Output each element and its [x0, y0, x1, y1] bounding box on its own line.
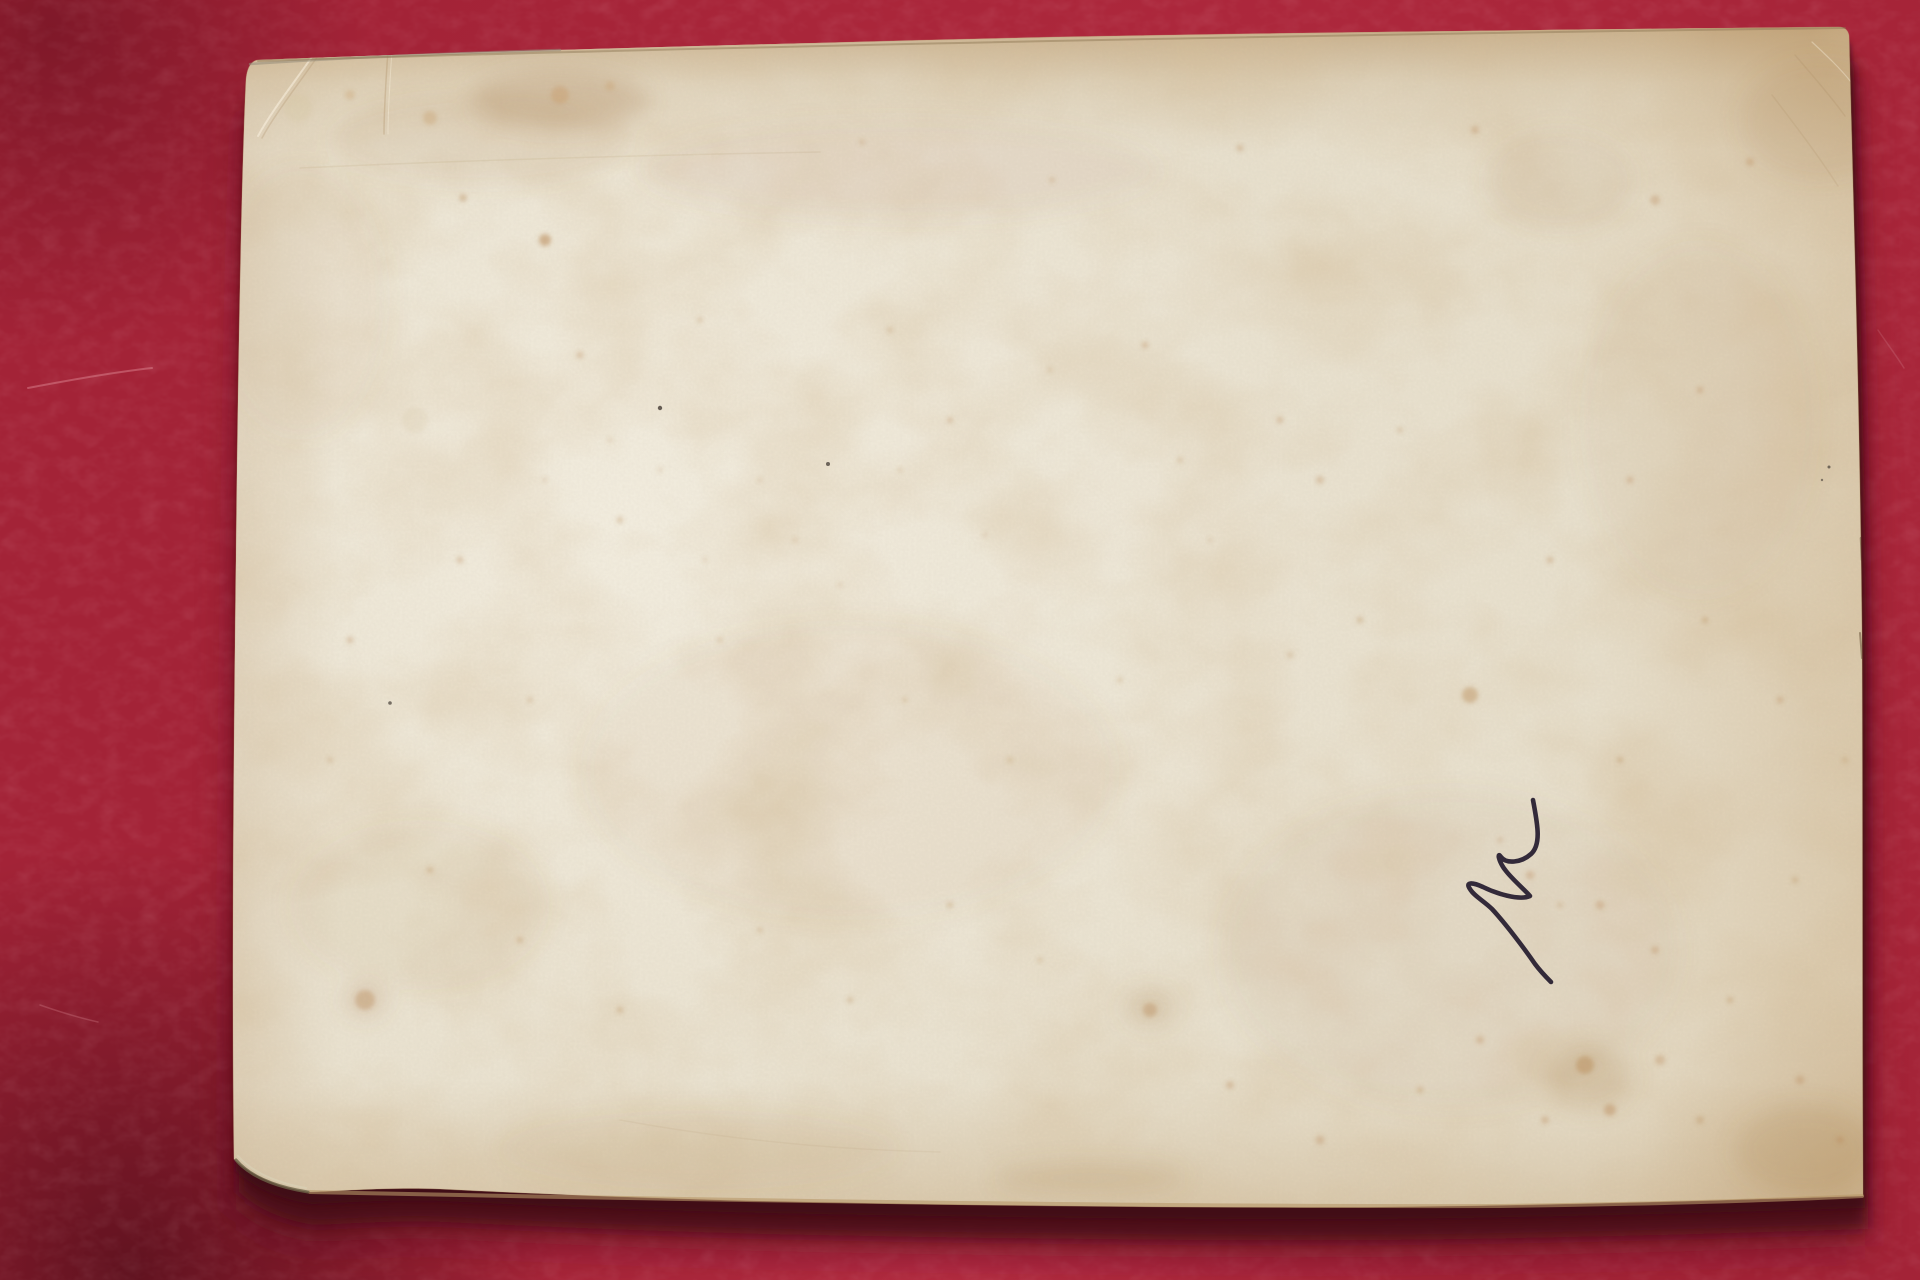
photo-of-old-paper-cover-on-red-leather [0, 0, 1920, 1280]
aged-paper-cover [210, 20, 1900, 1220]
paper-grain-texture [220, 20, 1880, 1220]
